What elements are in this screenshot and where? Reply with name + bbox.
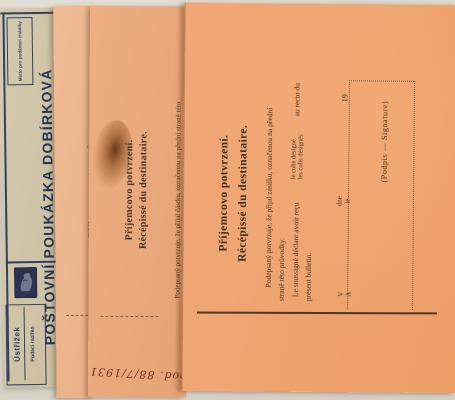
receipt-card-middle: Příjemcovo potvrzení. Récépissé du desti… <box>88 6 188 398</box>
place-label-fr: À <box>345 292 353 297</box>
stub-label: Ústřižek <box>12 327 21 362</box>
stub-box: Ústřižek Podací razítko <box>5 304 46 386</box>
date-label-fr: le <box>344 196 352 206</box>
scanned-postal-forms-photo: Místo pro podávací známky POŠTOVNÍ POUKÁ… <box>0 0 455 400</box>
place-labels: V À <box>338 292 353 297</box>
receipt-paragraph: Podepsaný potvrzuje, že přijal částku, o… <box>173 102 182 299</box>
receipt-title: Příjemcovo potvrzení. Récépissé du desti… <box>214 125 253 262</box>
french-paragraph-line1: Le soussigné déclare avoir reçu <box>291 202 301 297</box>
stamp-box: Místo pro podávací známky <box>6 17 33 85</box>
french-paragraph-continuation: au recto du <box>292 83 301 116</box>
handwritten-note: pod. 88/7/1931 <box>89 365 188 384</box>
year-prefix: 19 <box>340 94 349 102</box>
signature-fill-line <box>412 81 415 310</box>
czech-paragraph-line2: straně této průvodky. <box>277 238 287 301</box>
lion-emblem-icon <box>14 267 37 298</box>
stub-box-divider <box>24 307 26 380</box>
date-fill-line <box>347 80 350 309</box>
stub-sublabel: Podací razítko <box>30 326 36 361</box>
signature-caption: (Podpis — Signature) <box>380 101 390 183</box>
receipt-title-fr: Récépissé du destinataire. <box>137 131 152 249</box>
solid-border-rule <box>197 312 437 315</box>
czech-paragraph-line1: Podepsaný potvrzuje, že přijal zásilku, … <box>264 108 275 288</box>
option-plural: les colis désignés <box>297 134 304 179</box>
dashed-rule <box>100 316 158 317</box>
date-labels: dne le <box>336 196 351 206</box>
french-paragraph-line2: présent bulletin. <box>304 253 313 301</box>
receipt-title: Příjemcovo potvrzení. Récépissé du desti… <box>123 131 152 249</box>
french-singular-plural-options: le colis désigné les colis désignés <box>290 134 304 179</box>
stamp-box-label: Místo pro podávací známky <box>17 21 23 81</box>
receipt-title-cs: Příjemcovo potvrzení. <box>123 131 138 249</box>
receipt-title-fr: Récépissé du destinataire. <box>233 125 253 262</box>
receipt-title-cs: Příjemcovo potvrzení. <box>214 125 234 262</box>
fill-line-connector <box>349 80 414 82</box>
receipt-card-front: Příjemcovo potvrzení. Récépissé du desti… <box>181 3 455 393</box>
